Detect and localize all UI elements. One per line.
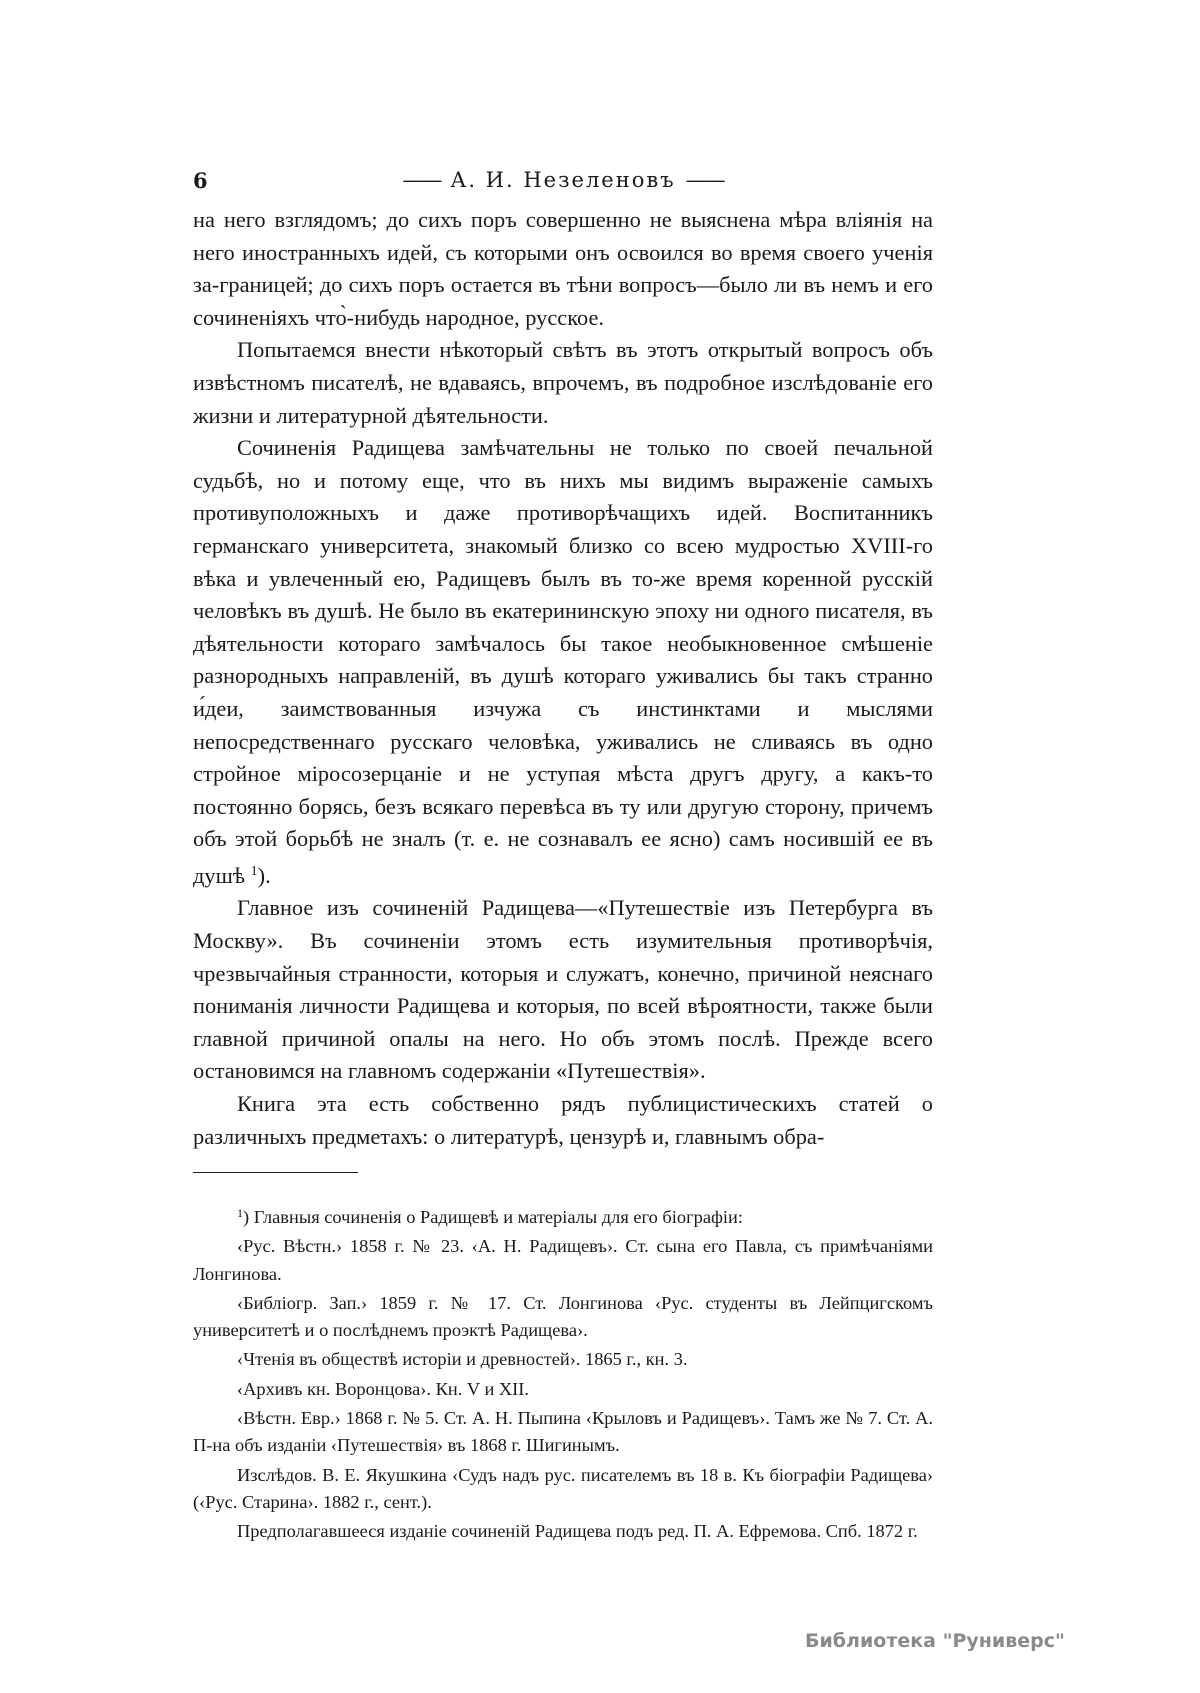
footnote-item: ‹Вѣстн. Евр.› 1868 г. № 5. Ст. А. Н. Пып… [193,1405,933,1460]
footnote-item: ‹Архивъ кн. Воронцова›. Кн. V и XII. [193,1376,933,1403]
paragraph-4: Главное изъ сочиненій Радищева—«Путешест… [193,892,933,1088]
footnote-item: Предполагавшееся изданіе сочиненій Радищ… [193,1518,933,1545]
running-title: А. И. Незеленовъ [450,168,675,192]
document-page: 6 ——А. И. Незеленовъ—— на него взглядомъ… [0,0,1200,1693]
running-title-line: ——А. И. Незеленовъ—— [193,168,933,192]
main-text: на него взглядомъ; до сихъ поръ совершен… [193,204,933,1153]
footnote-item: ‹Чтенія въ обществѣ исторіи и древностей… [193,1346,933,1373]
footnote-1: 1) Главныя сочиненія о Радищевѣ и матері… [193,1200,933,1231]
title-dash-left: —— [402,168,440,192]
footnotes: 1) Главныя сочиненія о Радищевѣ и матері… [193,1200,933,1548]
footnote-item: ‹Рус. Вѣстн.› 1858 г. № 23. ‹А. Н. Радищ… [193,1233,933,1288]
paragraph-3-tail: ). [258,863,271,888]
footnote-divider [193,1172,358,1173]
library-watermark: Библиотека "Руниверс" [805,1630,1065,1652]
paragraph-3: Сочиненія Радищева замѣчательны не тольк… [193,432,933,892]
paragraph-1: на него взглядомъ; до сихъ поръ совершен… [193,204,933,334]
paragraph-5: Книга эта есть собственно рядъ публицист… [193,1088,933,1153]
paragraph-3-text: Сочиненія Радищева замѣчательны не тольк… [193,435,933,888]
page-header: 6 ——А. И. Незеленовъ—— [193,168,933,198]
paragraph-2: Попытаемся внести нѣкоторый свѣтъ въ это… [193,334,933,432]
title-dash-right: —— [686,168,724,192]
footnote-item: ‹Библіогр. Зап.› 1859 г. № 17. Ст. Лонги… [193,1290,933,1345]
footnote-1-text: ) Главныя сочиненія о Радищевѣ и матеріа… [243,1207,743,1227]
footnote-ref[interactable]: 1 [251,864,258,879]
footnote-item: Изслѣдов. В. Е. Якушкина ‹Судъ надъ рус.… [193,1462,933,1517]
